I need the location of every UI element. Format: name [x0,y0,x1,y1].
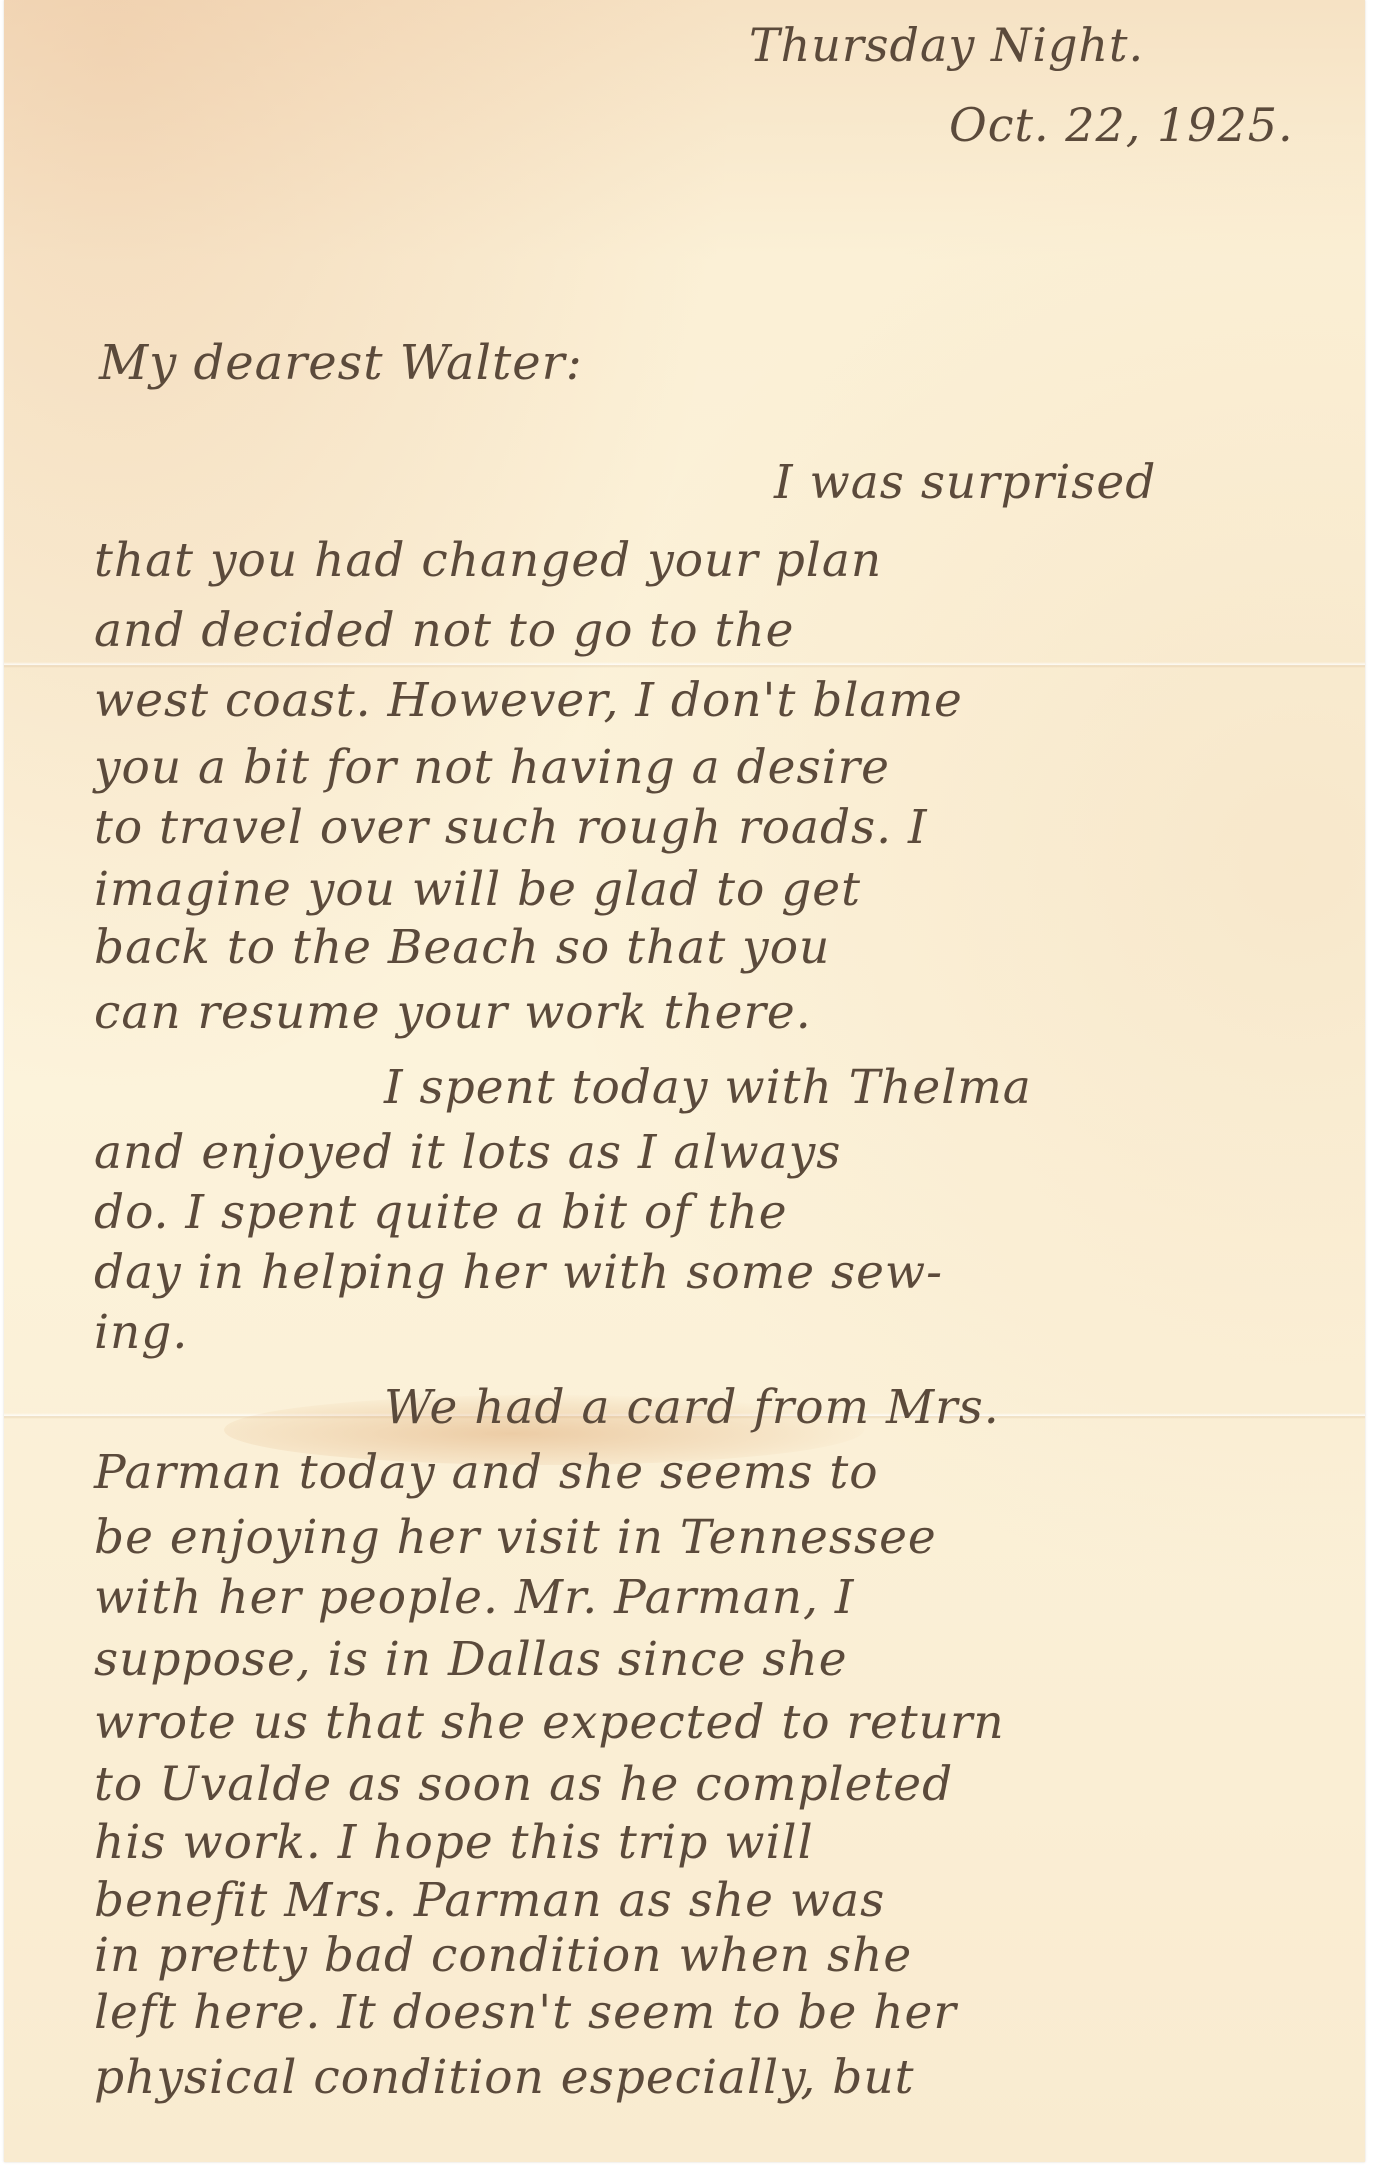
letter-line: ing. [94,1305,188,1360]
letter-line: and decided not to go to the [94,603,794,658]
letter-line: his work. I hope this trip will [94,1815,814,1870]
letter-line: west coast. However, I don't blame [94,673,963,728]
letter-line: imagine you will be glad to get [94,862,861,917]
letter-line: with her people. Mr. Parman, I [94,1570,854,1625]
letter-line: We had a card from Mrs. [384,1380,1000,1435]
letter-line: suppose, is in Dallas since she [94,1632,848,1687]
letter-line: to Uvalde as soon as he completed [94,1757,953,1812]
fold-crease-upper [4,662,1365,668]
letter-paper: Thursday Night. Oct. 22, 1925. My deares… [4,0,1365,2162]
letter-line: physical condition especially, but [94,2050,915,2105]
letter-line: day in helping her with some sew- [94,1245,943,1300]
letter-line: that you had changed your plan [94,533,882,588]
letter-line: wrote us that she expected to return [94,1695,1005,1750]
letter-line: you a bit for not having a desire [94,740,890,795]
letter-line: benefit Mrs. Parman as she was [94,1873,885,1928]
letter-line: in pretty bad condition when she [94,1928,912,1983]
salutation: My dearest Walter: [99,335,583,391]
letter-line: left here. It doesn't seem to be her [94,1985,957,2040]
heading-day: Thursday Night. [749,18,1144,72]
letter-line: do. I spent quite a bit of the [94,1185,788,1240]
letter-line: to travel over such rough roads. I [94,800,928,855]
letter-line: can resume your work there. [94,985,812,1040]
letter-line: be enjoying her visit in Tennessee [94,1510,937,1565]
letter-line: back to the Beach so that you [94,920,830,975]
letter-line: I spent today with Thelma [384,1060,1032,1115]
heading-date: Oct. 22, 1925. [949,98,1294,152]
letter-line: and enjoyed it lots as I always [94,1125,841,1180]
letter-line: I was surprised [774,455,1156,510]
letter-line: Parman today and she seems to [94,1445,879,1500]
